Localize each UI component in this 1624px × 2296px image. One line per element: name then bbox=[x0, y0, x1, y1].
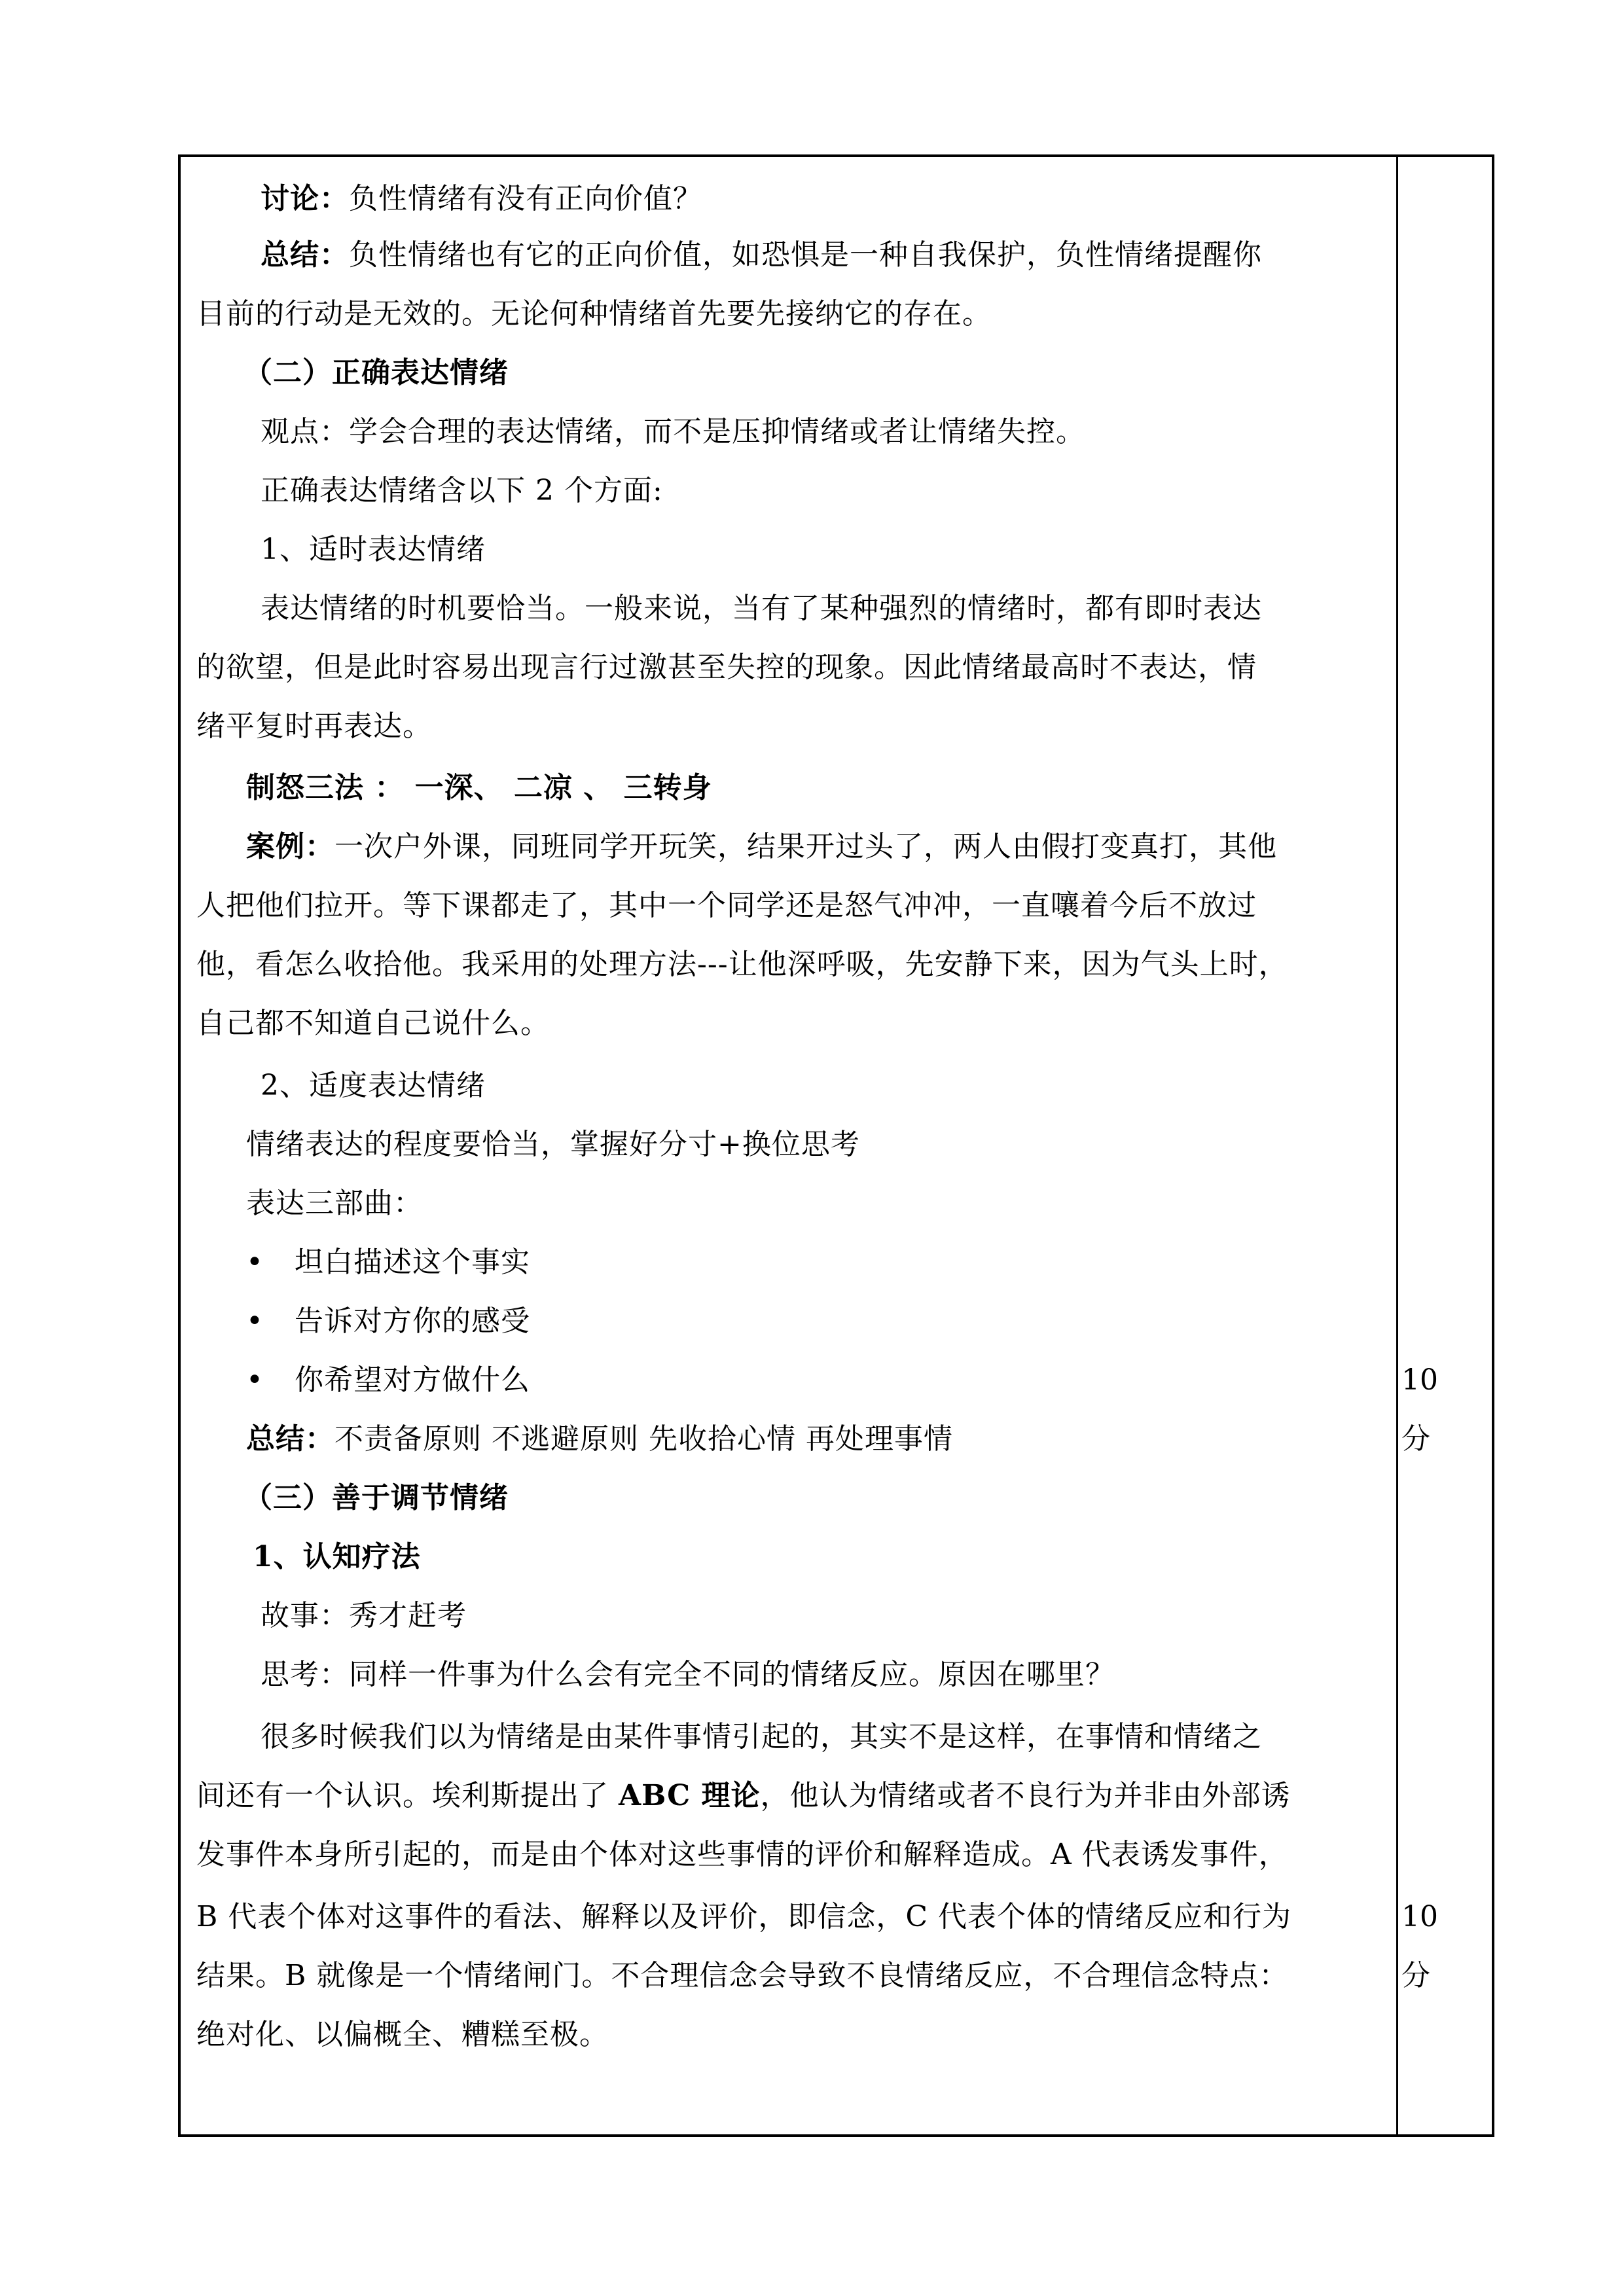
paragraph-line: 故事：秀才赶考 bbox=[261, 1586, 467, 1646]
paragraph-line: 思考：同样一件事为什么会有完全不同的情绪反应。原因在哪里？ bbox=[261, 1645, 1115, 1705]
paragraph-line: 表达情绪的时机要恰当。一般来说，当有了某种强烈的情绪时，都有即时表达 bbox=[261, 579, 1262, 639]
paragraph-line: 他，看怎么收拾他。我采用的处理方法---让他深呼吸，先安静下来，因为气头上时， bbox=[196, 935, 1288, 995]
bullet-icon: • bbox=[246, 1232, 295, 1293]
summary-line: 总结：不责备原则 不逃避原则 先收拾心情 再处理事情 bbox=[246, 1409, 953, 1469]
bullet-icon: • bbox=[246, 1350, 295, 1410]
paragraph-line: 绝对化、以偏概全、糟糕至极。 bbox=[196, 2005, 609, 2065]
paragraph-line: 间还有一个认识。埃利斯提出了 ABC 理论，他认为情绪或者不良行为并非由外部诱 bbox=[196, 1766, 1290, 1826]
paragraph-line: B 代表个体对这事件的看法、解释以及评价，即信念，C 代表个体的情绪反应和行为 bbox=[196, 1887, 1291, 1947]
section-heading: （二）正确表达情绪 bbox=[244, 343, 509, 403]
paragraph-line: 绪平复时再表达。 bbox=[196, 696, 432, 757]
paragraph-line: 情绪表达的程度要恰当，掌握好分寸+换位思考 bbox=[246, 1115, 860, 1175]
paragraph-line: 目前的行动是无效的。无论何种情绪首先要先接纳它的存在。 bbox=[196, 284, 992, 344]
bullet-icon: • bbox=[246, 1291, 295, 1352]
case-line: 案例：一次户外课，同班同学开玩笑，结果开过头了，两人由假打变真打，其他 bbox=[246, 817, 1277, 877]
paragraph-line: 结果。B 就像是一个情绪闸门。不合理信念会导致不良情绪反应，不合理信念特点： bbox=[196, 1946, 1288, 2006]
paragraph-line: 观点：学会合理的表达情绪，而不是压抑情绪或者让情绪失控。 bbox=[261, 402, 1085, 462]
column-divider bbox=[1396, 157, 1398, 2134]
lesson-plan-table: 讨论：负性情绪有没有正向价值？ 总结：负性情绪也有它的正向价值，如恐惧是一种自我… bbox=[178, 154, 1494, 2137]
paragraph-line: 发事件本身所引起的，而是由个体对这些事情的评价和解释造成。A 代表诱发事件， bbox=[196, 1825, 1288, 1885]
paragraph-line: 的欲望，但是此时容易出现言行过激甚至失控的现象。因此情绪最高时不表达，情 bbox=[196, 637, 1257, 698]
discussion-line: 讨论：负性情绪有没有正向价值？ bbox=[261, 169, 702, 229]
paragraph-line: 正确表达情绪含以下 2 个方面: bbox=[261, 461, 663, 521]
subheading-line: 1、认知疗法 bbox=[253, 1527, 421, 1587]
subheading-line: 2、适度表达情绪 bbox=[261, 1056, 486, 1116]
bullet-item: •你希望对方做什么 bbox=[246, 1350, 530, 1410]
section-heading: （三）善于调节情绪 bbox=[244, 1468, 509, 1528]
paragraph-line: 人把他们拉开。等下课都走了，其中一个同学还是怒气冲冲，一直嚷着今后不放过 bbox=[196, 876, 1257, 936]
time-unit: 分 bbox=[1401, 1409, 1430, 1469]
time-value: 10 bbox=[1401, 1350, 1438, 1410]
time-unit: 分 bbox=[1401, 1946, 1430, 2006]
subheading-line: 1、适时表达情绪 bbox=[261, 520, 486, 580]
time-value: 10 bbox=[1401, 1887, 1438, 1947]
bullet-item: •坦白描述这个事实 bbox=[246, 1232, 530, 1293]
paragraph-line: 自己都不知道自己说什么。 bbox=[196, 994, 550, 1054]
anger-control-heading: 制怒三法 ： 一深、 二凉 、 三转身 bbox=[246, 758, 712, 818]
paragraph-line: 很多时候我们以为情绪是由某件事情引起的，其实不是这样，在事情和情绪之 bbox=[261, 1707, 1262, 1767]
summary-line: 总结：负性情绪也有它的正向价值，如恐惧是一种自我保护，负性情绪提醒你 bbox=[261, 225, 1262, 285]
abc-theory-term: ABC 理论 bbox=[619, 1779, 760, 1812]
bullet-item: •告诉对方你的感受 bbox=[246, 1291, 530, 1352]
paragraph-line: 表达三部曲： bbox=[246, 1174, 423, 1234]
